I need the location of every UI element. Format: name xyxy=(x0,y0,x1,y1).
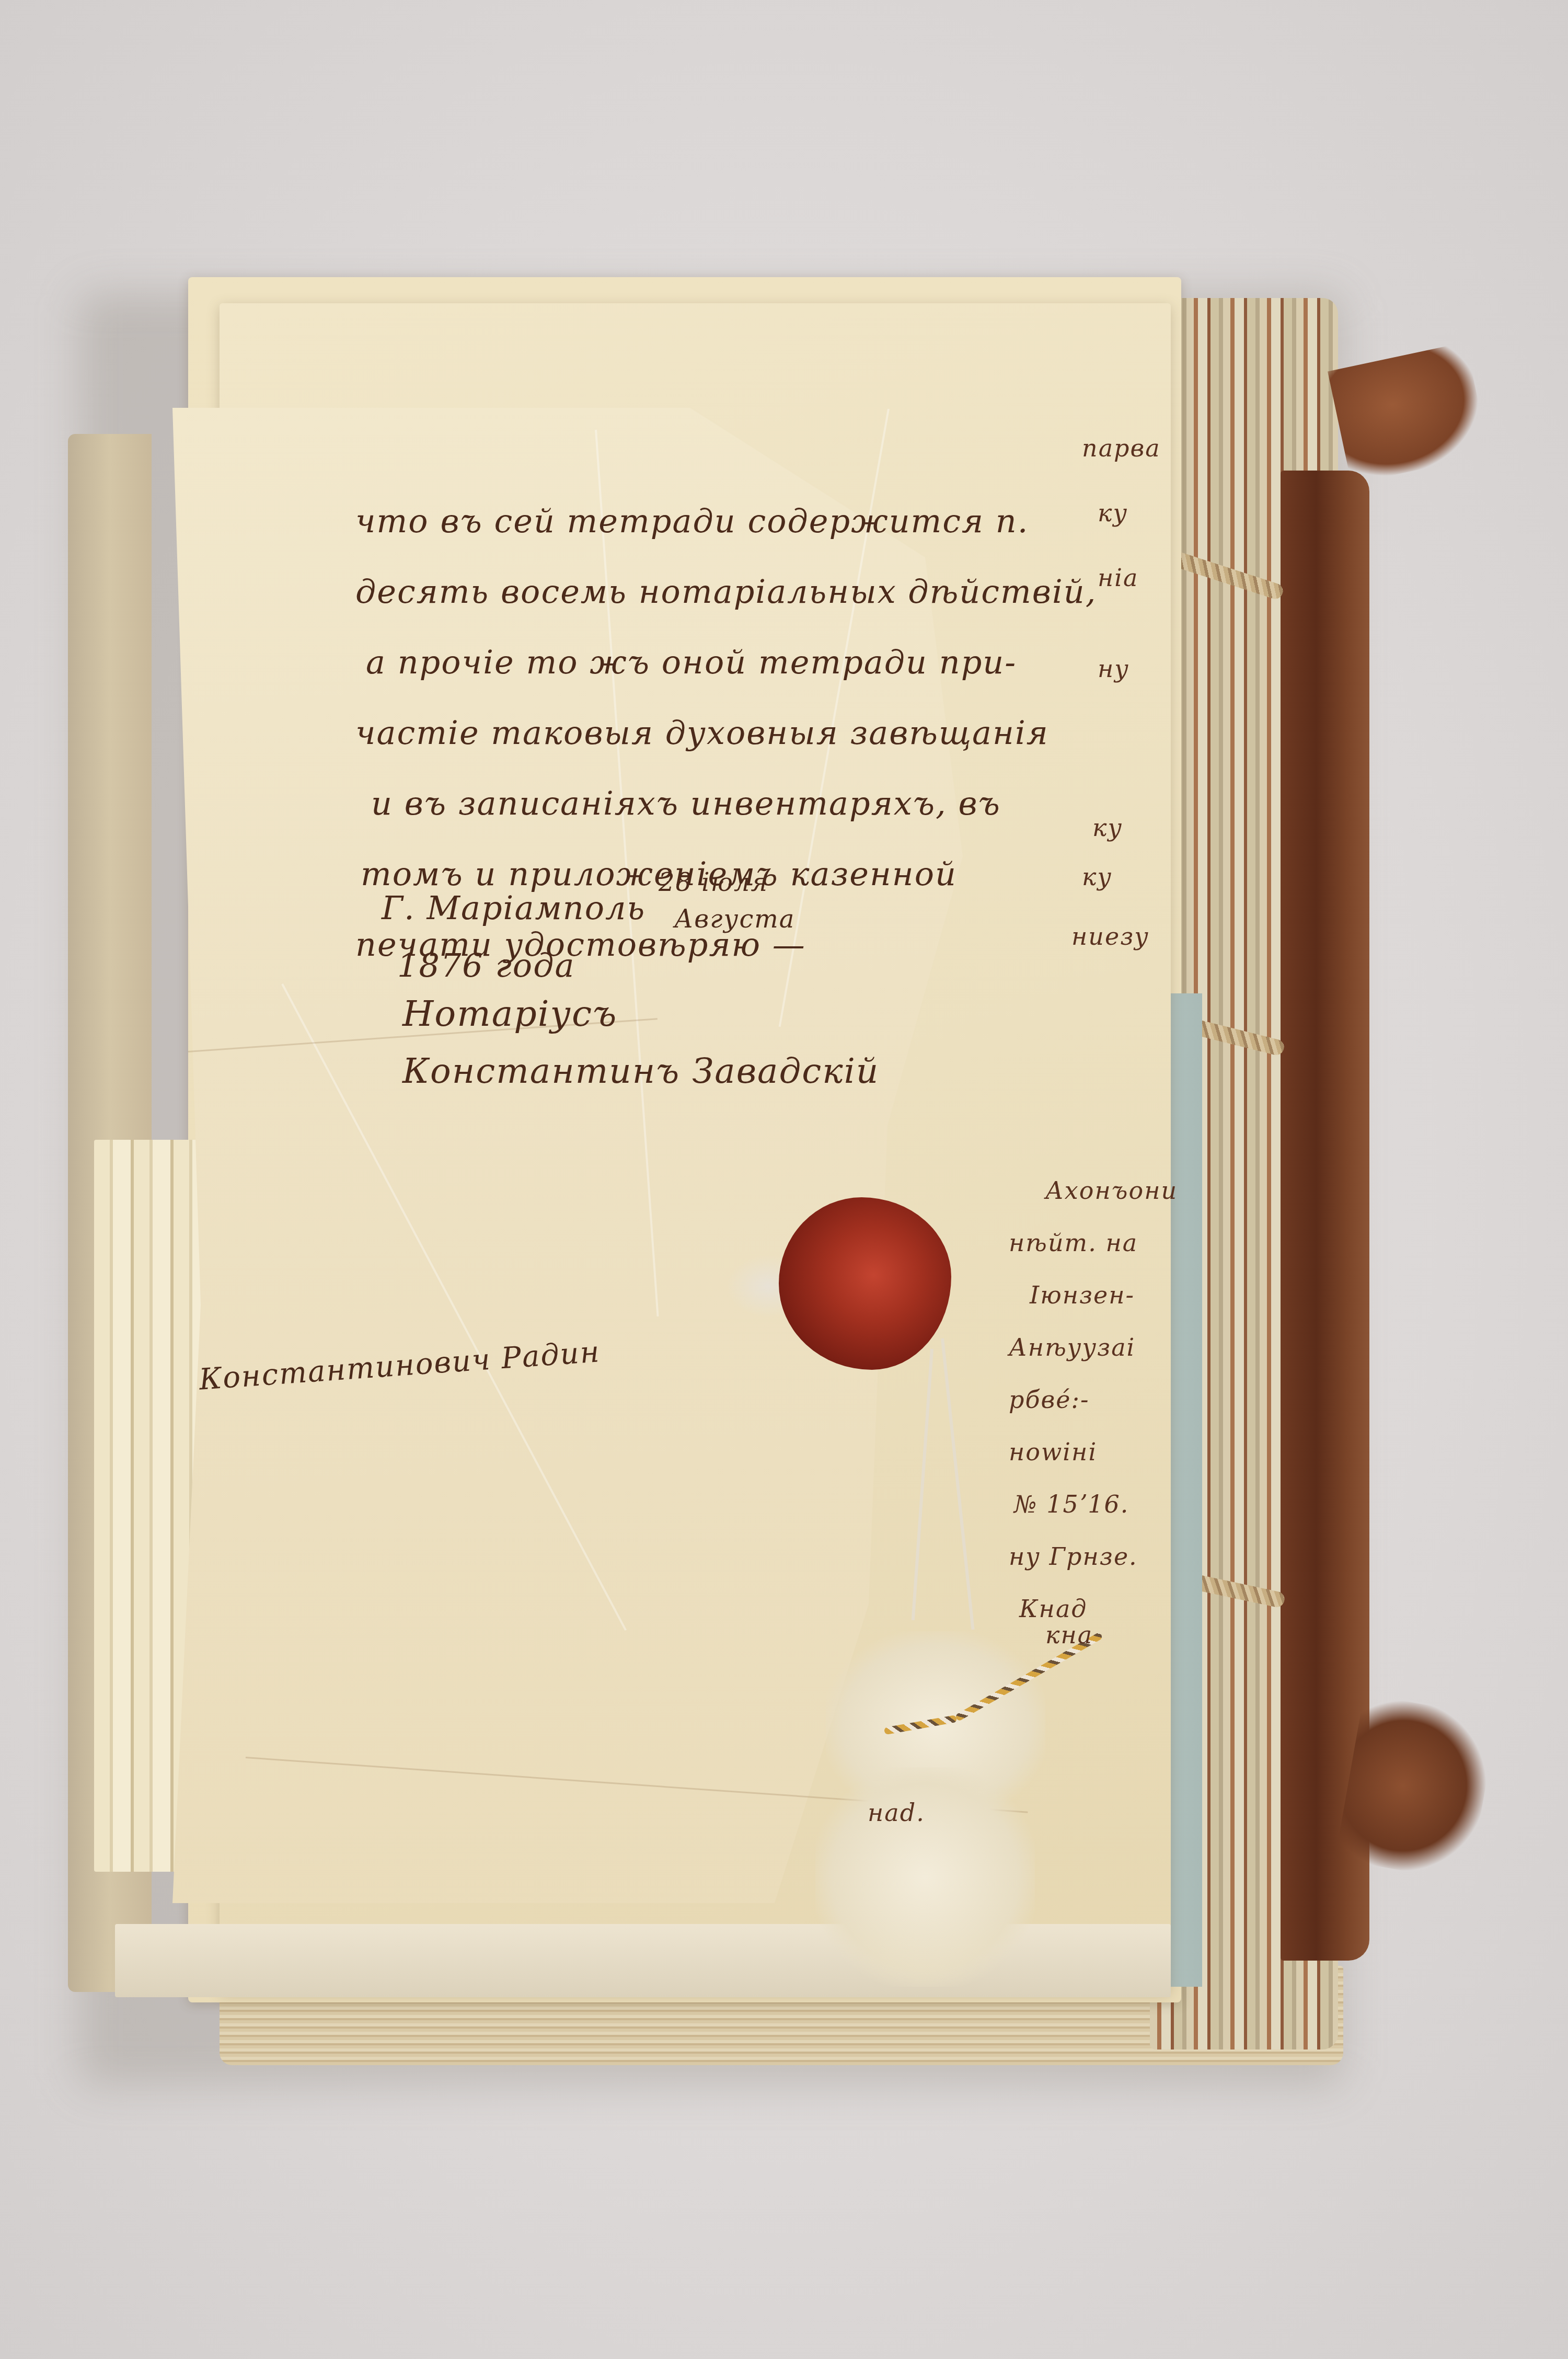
right-text-line: Іюнзен- xyxy=(1030,1281,1178,1333)
date-month: Августа xyxy=(674,904,795,934)
right-text-line: нѣйт. на xyxy=(1009,1229,1178,1281)
text-line: а прочіе то жъ оной тетради при- xyxy=(366,643,1097,714)
torn-leather-flap-bottom xyxy=(1335,1694,1498,1882)
right-text-line: рбвé:- xyxy=(1009,1385,1178,1438)
right-text-line: ноwiні xyxy=(1009,1438,1178,1490)
notary-title: Нотаріусъ xyxy=(402,993,617,1035)
torn-leather-flap-top xyxy=(1328,342,1490,484)
notary-signature: Константинъ Завадскій xyxy=(402,1051,879,1091)
bottom-text: кна xyxy=(1045,1621,1093,1649)
side-text-line: ніа xyxy=(1098,564,1161,592)
text-line: частіе таковыя духовныя завѣщанія xyxy=(355,714,1097,784)
text-line: что въ сей тетради содержится п. xyxy=(355,502,1097,572)
right-text-line: № 15ʼ16. xyxy=(1014,1490,1178,1542)
right-text-line: Анѣуузаі xyxy=(1009,1333,1178,1385)
right-text-line: Ахонъони xyxy=(1045,1176,1178,1229)
right-page-text: Ахонъони нѣйт. на Іюнзен- Анѣуузаі рбвé:… xyxy=(1009,1176,1178,1647)
bottom-text: наd. xyxy=(868,1799,925,1827)
right-text-line: ну Грнзе. xyxy=(1009,1542,1178,1595)
side-text-line: ку xyxy=(1098,499,1161,527)
year: 1876 года xyxy=(397,946,575,984)
side-text-line: ну xyxy=(1098,655,1161,683)
text-line: десять восемь нотаріальных дѣйствій, xyxy=(355,572,1097,643)
text-line: и въ записаніяхъ инвентаряхъ, въ xyxy=(371,784,1097,855)
side-text-line: парва xyxy=(1082,434,1161,462)
side-text-line: ку xyxy=(1092,814,1161,842)
place-name: Г. Маріамполь xyxy=(382,889,645,927)
crumpled-paper xyxy=(815,1767,1035,1987)
date-day: 28 іюля xyxy=(659,868,768,897)
